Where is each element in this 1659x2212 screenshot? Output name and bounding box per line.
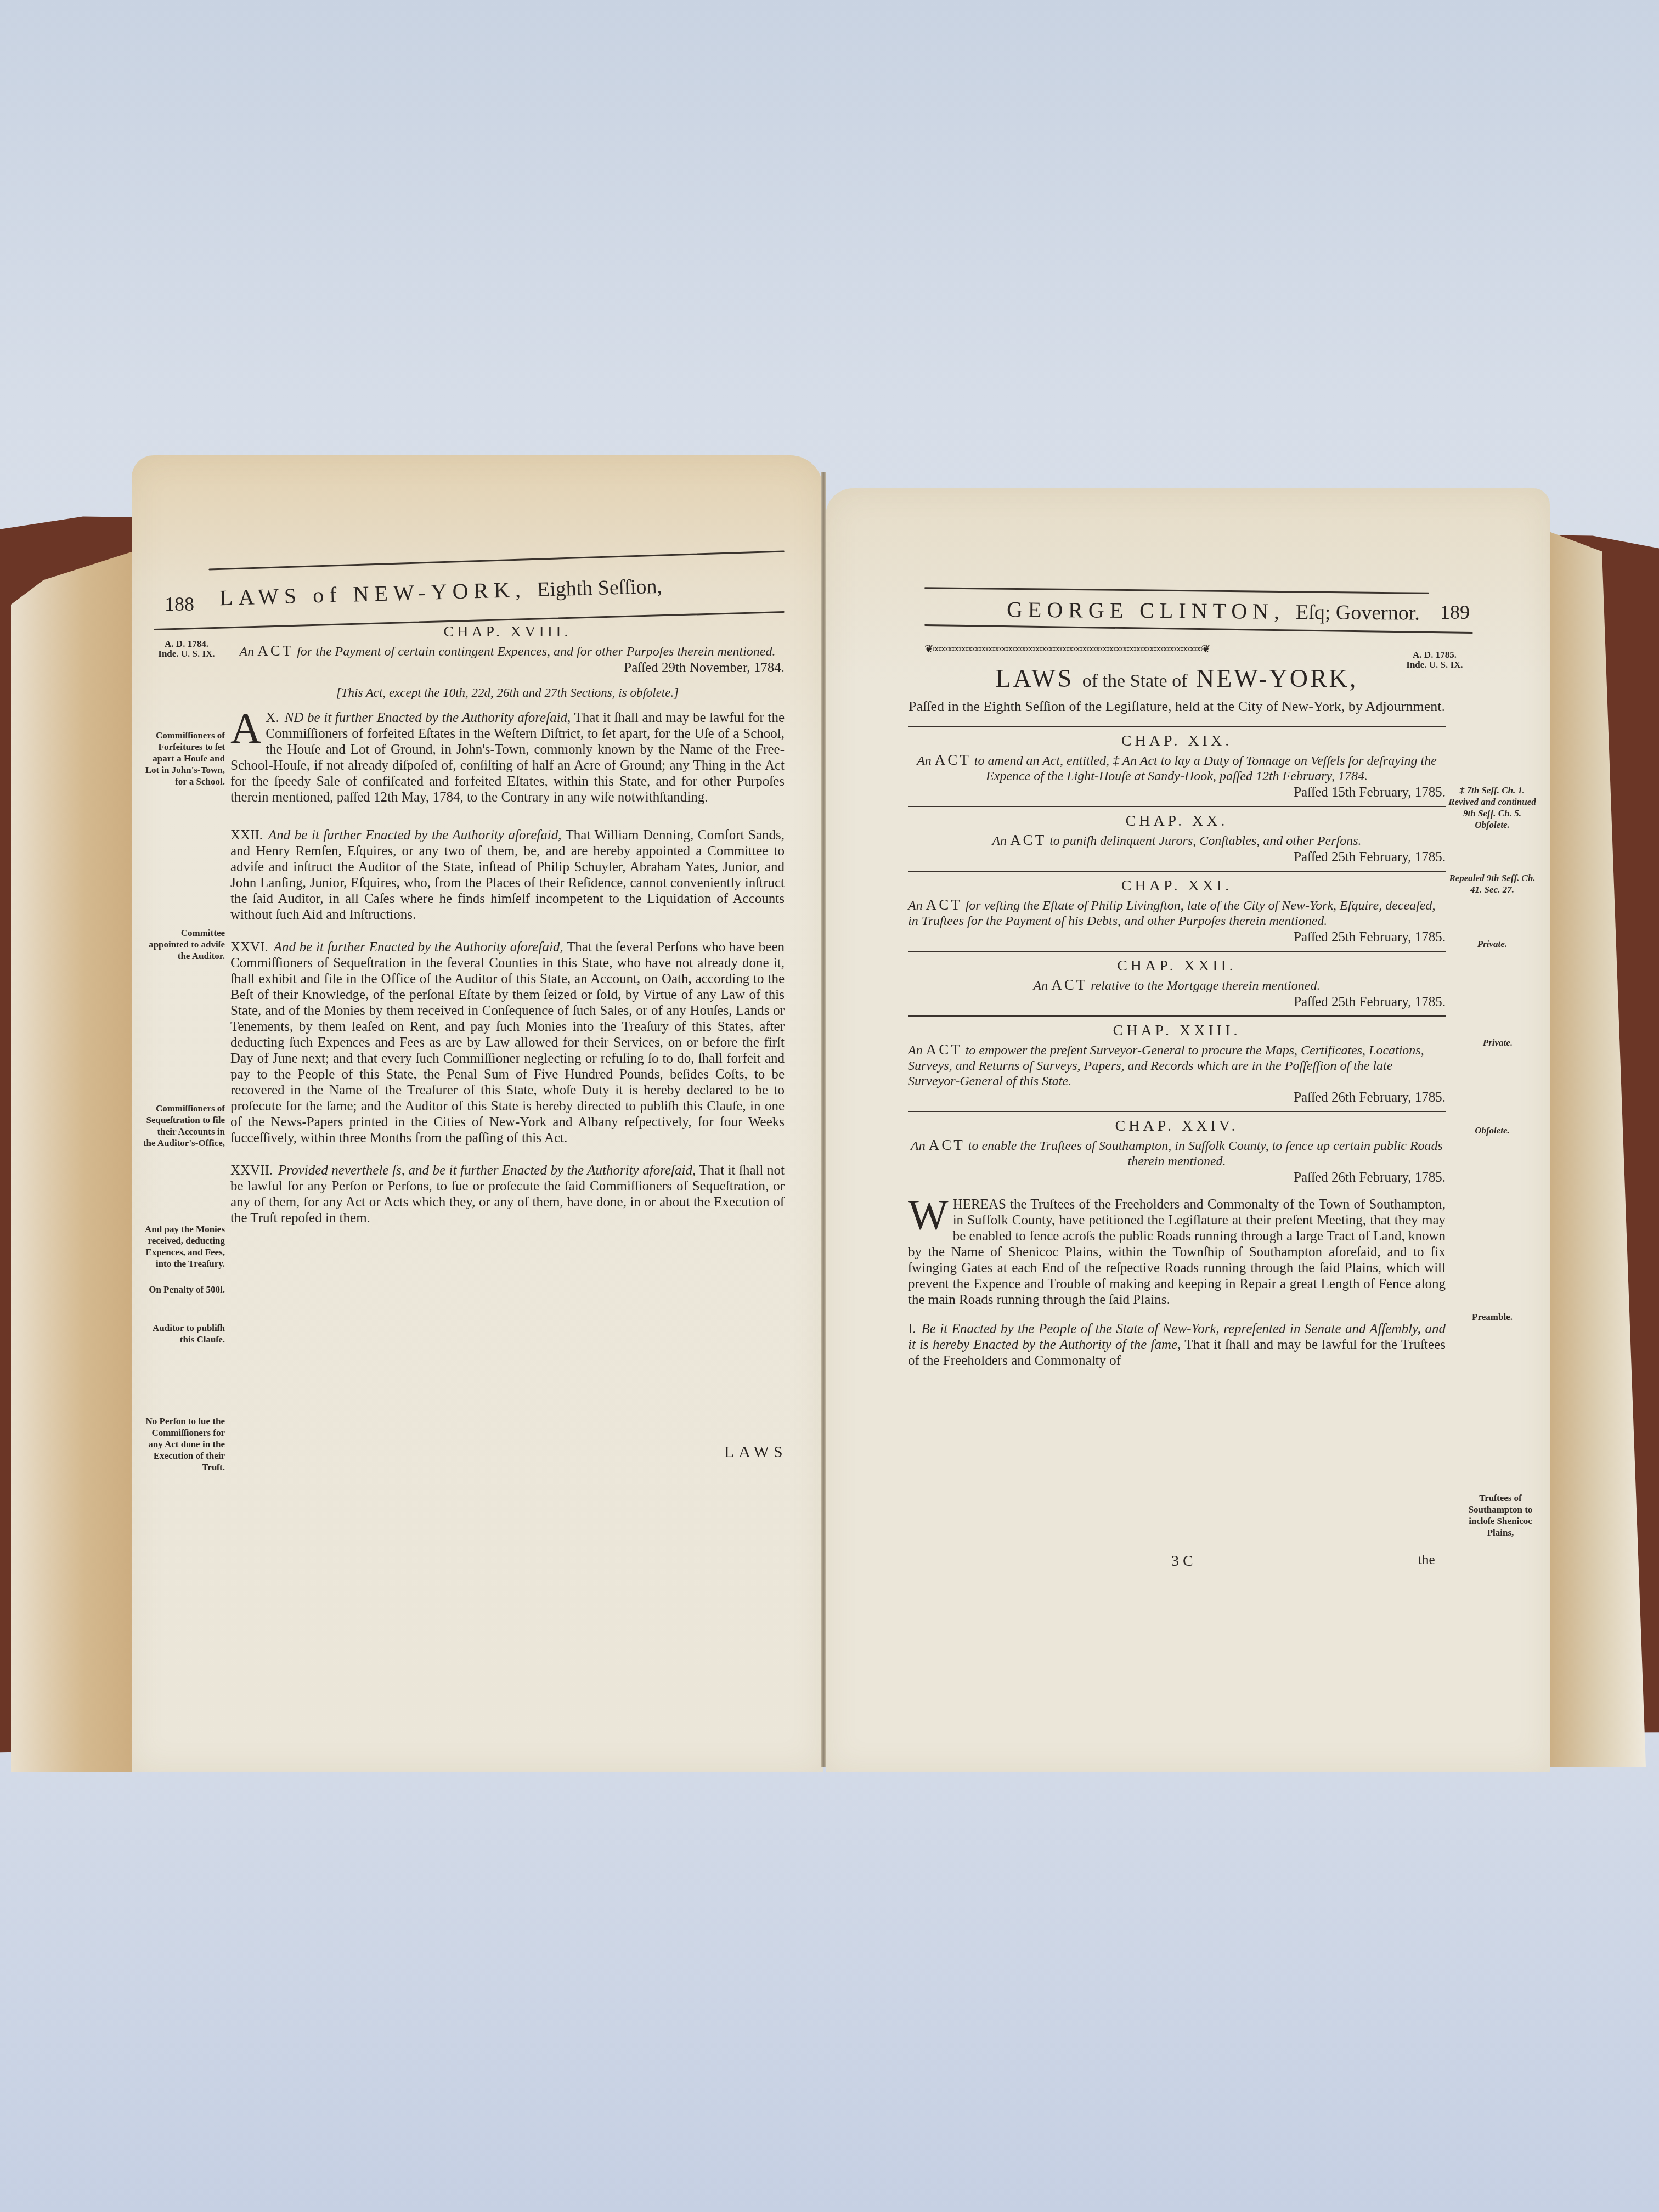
right-page: GEORGE CLINTON, Eſq; Governor. 189 ❦∞∞∞∞… [826,488,1550,1772]
running-head-title: LAWS of NEW-YORK, [219,577,527,611]
chapter-heading: CHAP. XXIII. [908,1022,1446,1040]
section-text: That the ſeveral Perſons who have been C… [230,940,785,1145]
year-marginal: A. D. 1784. Inde. U. S. IX. [154,639,219,659]
section-number: X. [266,710,279,725]
header-rule-top [924,587,1429,594]
act-prefix: An [917,754,932,768]
preamble-text: HEREAS the Truſtees of the Freeholders a… [908,1197,1446,1307]
enacting-clause: And be it further Enacted by the Authori… [268,828,561,843]
act-rest: to enable the Truſtees of Southampton, i… [968,1139,1443,1169]
chapter-heading: CHAP. XVIII. [230,623,785,641]
chapter-heading: CHAP. XIX. [908,732,1446,750]
passed-date: Paſſed 25th February, 1785. [908,930,1446,945]
act-rest: for the Payment of certain contingent Ex… [297,645,775,659]
margin-note-sequestration: Commiſſioners of Sequeſtration to file t… [143,1103,225,1149]
page-number: 189 [1440,601,1470,624]
act-word: ACT [1051,977,1087,993]
chapter-19: CHAP. XIX. An ACT to amend an Act, entit… [908,732,1446,800]
act-word: ACT [1010,832,1046,848]
signature-mark: 3 C [1171,1553,1193,1570]
page-number: 188 [165,592,194,616]
running-head-title: GEORGE CLINTON, [1007,597,1285,624]
section-number: I. [908,1322,916,1336]
act-prefix: An [992,834,1007,848]
act-title: An ACT to puniſh delinquent Jurors, Conſ… [908,832,1446,849]
passed-date: Paſſed 25th February, 1785. [908,850,1446,865]
margin-note-no-suit: No Perſon to ſue the Commiſſioners for a… [143,1415,225,1473]
divider [908,1111,1446,1112]
divider [908,726,1446,727]
running-head-suffix: Eſq; Governor. [1296,601,1420,625]
preamble: WHEREAS the Truſtees of the Freeholders … [908,1197,1446,1308]
drop-cap: W [908,1198,949,1232]
obsolete-note: [This Act, except the 10th, 22d, 26th an… [230,686,785,700]
passed-date: Paſſed 25th February, 1785. [908,995,1446,1010]
session-subtitle: Paſſed in the Eighth Seſſion of the Legi… [908,698,1446,715]
margin-note-committee: Committee appointed to adviſe the Audito… [143,927,225,962]
left-page: 188 LAWS of NEW-YORK, Eighth Seſſion, A.… [132,455,823,1772]
enacting-clause: And be it further Enacted by the Authori… [274,940,563,955]
section-xxvi: XXVI.And be it further Enacted by the Au… [230,939,785,1146]
act-prefix: An [240,645,255,659]
margin-note-school: Commiſſioners of Forfeitures to ſet apar… [143,730,225,787]
act-title: An ACT to enable the Truſtees of Southam… [908,1137,1446,1169]
act-word: ACT [929,1137,965,1153]
act-title: An ACT relative to the Mortgage therein … [908,977,1446,994]
margin-note-section-i: Truſtees of Southampton to incloſe Sheni… [1457,1492,1544,1538]
header-rule-top [208,551,785,571]
running-head-session: Eighth Seſſion, [537,575,662,601]
main-title: LAWS of the State of NEW-YORK, [908,664,1446,693]
chapter-heading: CHAP. XX. [908,812,1446,830]
header-rule-bottom [924,624,1473,634]
margin-note-penalty: On Penalty of 500l. [143,1284,225,1295]
year-ad: A. D. 1785. [1396,650,1473,660]
ornamental-border: ❦∞∞∞∞∞∞∞∞∞∞∞∞∞∞∞∞∞∞∞∞∞∞∞∞∞∞∞∞∞∞∞∞∞∞∞∞∞∞∞… [924,642,1429,654]
divider [908,806,1446,807]
margin-note-chap21: Private. [1457,938,1528,950]
section-number: XXII. [230,828,263,843]
section-xxii: XXII.And be it further Enacted by the Au… [230,827,785,923]
passed-date: Paſſed 29th November, 1784. [230,661,785,676]
act-title: An ACT to empower the preſent Surveyor-G… [908,1042,1446,1089]
catchword: LAWS [724,1443,787,1462]
title-laws: LAWS [996,664,1074,692]
catchword: the [1418,1553,1435,1568]
margin-note-chap22: Private. [1462,1037,1533,1048]
act-prefix: An [911,1139,926,1153]
enacting-clause: ND be it further Enacted by the Authorit… [285,710,571,725]
running-head: GEORGE CLINTON, Eſq; Governor. [1007,596,1420,625]
passed-date: Paſſed 26th February, 1785. [908,1090,1446,1105]
margin-note-monies: And pay the Monies received, deducting E… [143,1223,225,1269]
act-title: An ACT for the Payment of certain contin… [230,643,785,659]
passed-date: Paſſed 26th February, 1785. [908,1170,1446,1186]
section-xxvii: XXVII.Provided neverthele ſs, and be it … [230,1163,785,1226]
enacting-clause: Provided neverthele ſs, and be it furthe… [278,1163,696,1178]
act-word: ACT [257,642,294,659]
title-new-york: NEW-YORK, [1196,664,1358,692]
section-x: X.AND be it further Enacted by the Autho… [230,710,785,805]
act-word: ACT [926,896,962,913]
act-rest: relative to the Mortgage therein mention… [1091,979,1320,993]
act-prefix: An [908,899,923,913]
chapter-heading: CHAP. XXII. [908,957,1446,975]
act-rest: to empower the preſent Surveyor-General … [908,1043,1424,1088]
year-ad: A. D. 1784. [154,639,219,649]
drop-cap: A [230,711,261,745]
chapter-heading: CHAP. XXI. [908,877,1446,895]
year-independence: Inde. U. S. IX. [154,649,219,659]
divider [908,951,1446,952]
divider [908,1015,1446,1017]
act-rest: for veſting the Eſtate of Philip Livingſ… [908,899,1435,928]
section-number: XXVI. [230,940,268,955]
chapter-22: CHAP. XXII. An ACT relative to the Mortg… [908,957,1446,1010]
act-title: An ACT to amend an Act, entitled, ‡ An A… [908,752,1446,784]
section-number: XXVII. [230,1163,273,1178]
act-prefix: An [908,1043,923,1058]
section-i: I.Be it Enacted by the People of the Sta… [908,1321,1446,1369]
act-word: ACT [926,1041,962,1058]
act-prefix: An [1034,979,1048,993]
chapter-21: CHAP. XXI. An ACT for veſting the Eſtate… [908,877,1446,945]
act-rest: to amend an Act, entitled, ‡ An Act to l… [974,754,1437,783]
margin-note-chap20: Repealed 9th Seſſ. Ch. 41. Sec. 27. [1446,872,1539,895]
chapter-18: CHAP. XVIII. An ACT for the Payment of c… [230,620,785,1239]
passed-date: Paſſed 15th February, 1785. [908,785,1446,800]
running-head: LAWS of NEW-YORK, Eighth Seſſion, [219,573,663,611]
chapter-20: CHAP. XX. An ACT to puniſh delinquent Ju… [908,812,1446,865]
margin-note-chap23: Obſolete. [1457,1125,1528,1136]
title-middle: of the State of [1082,671,1188,691]
right-page-body: LAWS of the State of NEW-YORK, Paſſed in… [908,664,1446,1382]
margin-note-publish: Auditor to publiſh this Clauſe. [143,1322,225,1345]
margin-note-preamble: Preamble. [1457,1311,1528,1323]
chapter-heading: CHAP. XXIV. [908,1118,1446,1135]
act-title: An ACT for veſting the Eſtate of Philip … [908,897,1446,929]
chapter-24: CHAP. XXIV. An ACT to enable the Truſtee… [908,1118,1446,1186]
chapter-23: CHAP. XXIII. An ACT to empower the preſe… [908,1022,1446,1105]
act-word: ACT [935,752,971,768]
margin-note-chap19: ‡ 7th Seſſ. Ch. 1. Revived and continued… [1446,785,1539,831]
divider [908,871,1446,872]
act-rest: to puniſh delinquent Jurors, Conſtables,… [1049,834,1361,848]
